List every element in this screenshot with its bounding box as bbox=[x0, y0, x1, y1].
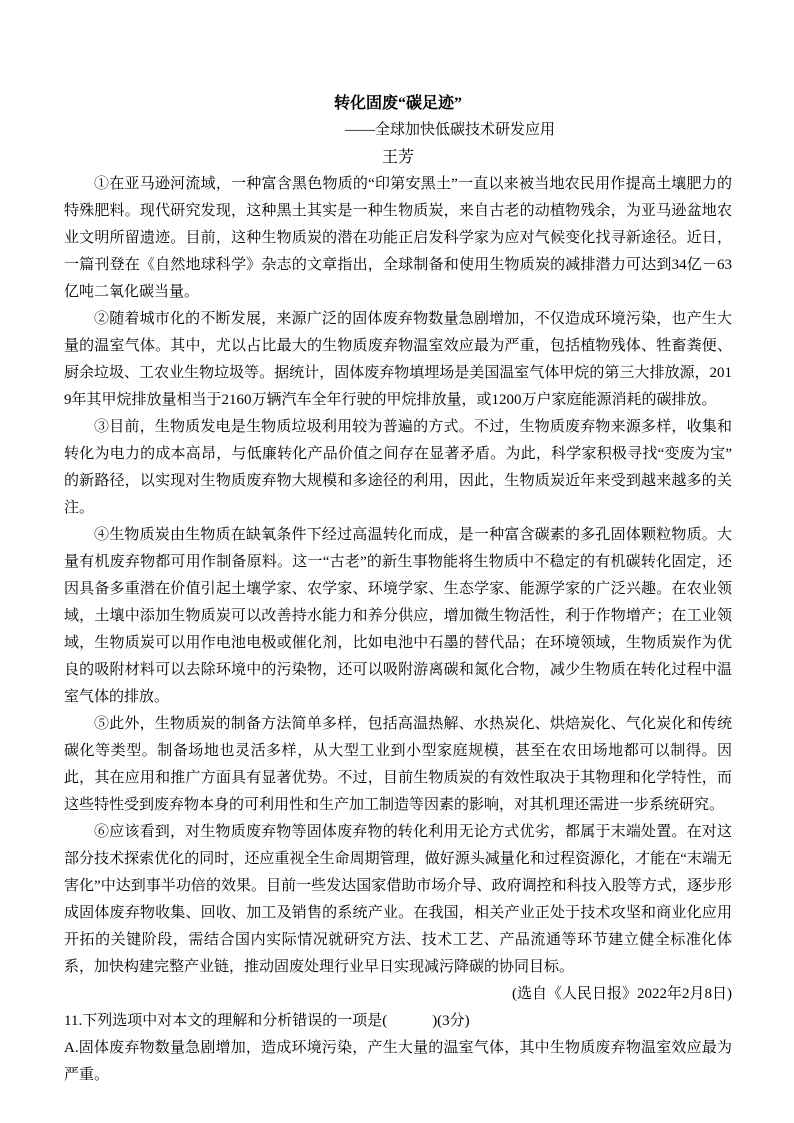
paragraph-4: ④生物质炭由生物质在缺氧条件下经过高温转化而成，是一种富含碳素的多孔固体颗粒物质… bbox=[64, 522, 732, 711]
exam-page: 转化固废“碳足迹” ——全球加快低碳技术研发应用 王芳 ①在亚马逊河流域，一种富… bbox=[0, 0, 794, 1123]
question-11: 11.下列选项中对本文的理解和分析错误的一项是( )(3分) bbox=[64, 1008, 732, 1035]
paragraph-1: ①在亚马逊河流域，一种富含黑色物质的“印第安黑土”一直以来被当地农民用作提高土壤… bbox=[64, 171, 732, 306]
document-author: 王芳 bbox=[64, 144, 732, 171]
paragraph-5: ⑤此外，生物质炭的制备方法简单多样，包括高温热解、水热炭化、烘焙炭化、气化炭化和… bbox=[64, 711, 732, 819]
paragraph-3: ③目前，生物质发电是生物质垃圾利用较为普遍的方式。不过，生物质废弃物来源多样，收… bbox=[64, 414, 732, 522]
document-content: 转化固废“碳足迹” ——全球加快低碳技术研发应用 王芳 ①在亚马逊河流域，一种富… bbox=[0, 0, 794, 1089]
source-citation: (选自《人民日报》2022年2月8日) bbox=[64, 981, 732, 1008]
paragraph-2: ②随着城市化的不断发展，来源广泛的固体废弃物数量急剧增加，不仅造成环境污染，也产… bbox=[64, 306, 732, 414]
document-title: 转化固废“碳足迹” bbox=[64, 90, 732, 117]
option-a: A.固体废弃物数量急剧增加，造成环境污染，产生大量的温室气体，其中生物质废弃物温… bbox=[64, 1035, 732, 1089]
document-subtitle: ——全球加快低碳技术研发应用 bbox=[116, 117, 784, 144]
paragraph-6: ⑥应该看到，对生物质废弃物等固体废弃物的转化利用无论方式优劣，都属于末端处置。在… bbox=[64, 819, 732, 981]
